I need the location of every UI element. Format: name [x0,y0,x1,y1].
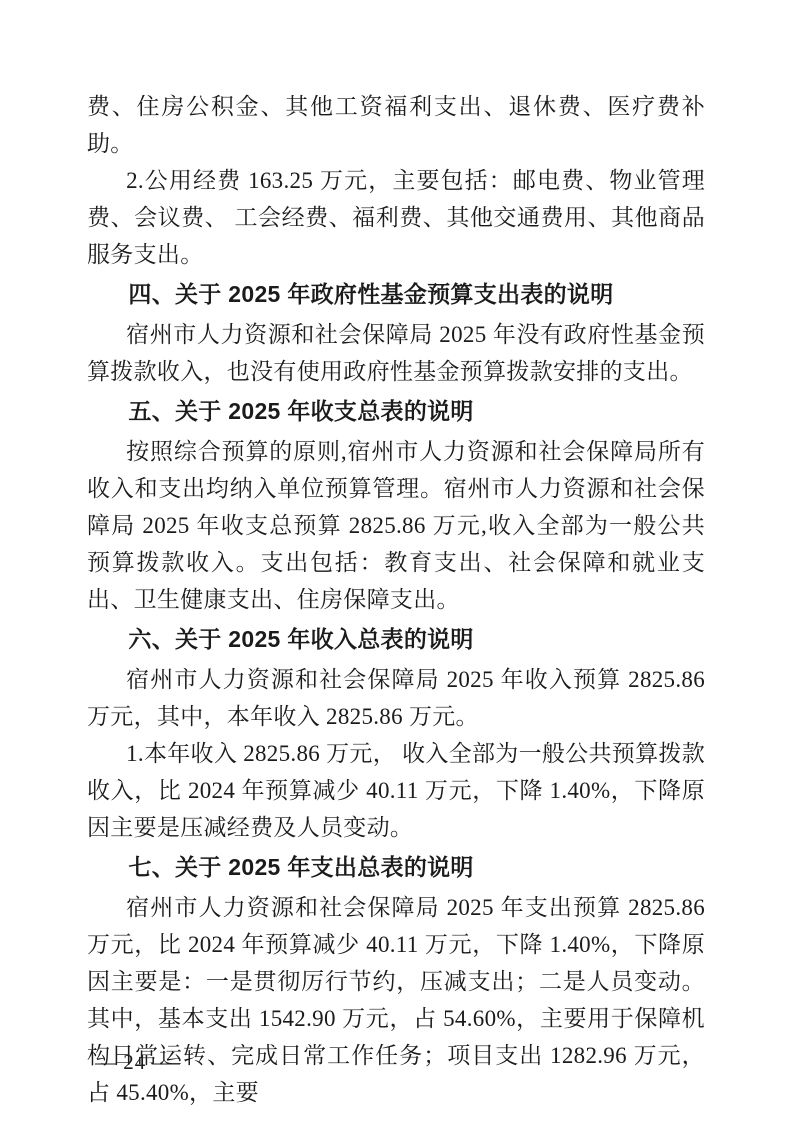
heading-section-seven-expenditure-summary: 七、关于 2025 年支出总表的说明 [87,849,705,886]
paragraph-expenditure-detail: 宿州市人力资源和社会保障局 2025 年支出预算 2825.86 万元，比 20… [87,889,705,1111]
heading-section-five-balance-summary: 五、关于 2025 年收支总表的说明 [87,393,705,430]
heading-section-four-govfund-expenditure: 四、关于 2025 年政府性基金预算支出表的说明 [87,276,705,313]
paragraph-wage-benefits-continuation: 费、住房公积金、其他工资福利支出、退休费、医疗费补助。 [87,88,705,162]
page-footer: — 24 — [95,1049,175,1075]
paragraph-public-expense: 2.公用经费 163.25 万元，主要包括：邮电费、物业管理费、会议费、 工会经… [87,162,705,273]
paragraph-balance-summary: 按照综合预算的原则,宿州市人力资源和社会保障局所有收入和支出均纳入单位预算管理。… [87,433,705,618]
paragraph-income-detail: 1.本年收入 2825.86 万元， 收入全部为一般公共预算拨款收入，比 202… [87,735,705,846]
page-number: — 24 — [95,1050,175,1074]
document-page: 费、住房公积金、其他工资福利支出、退休费、医疗费补助。 2.公用经费 163.2… [0,0,793,1122]
document-body: 费、住房公积金、其他工资福利支出、退休费、医疗费补助。 2.公用经费 163.2… [87,88,705,1111]
paragraph-govfund-none: 宿州市人力资源和社会保障局 2025 年没有政府性基金预算拨款收入，也没有使用政… [87,316,705,390]
heading-section-six-income-summary: 六、关于 2025 年收入总表的说明 [87,621,705,658]
paragraph-income-total: 宿州市人力资源和社会保障局 2025 年收入预算 2825.86 万元，其中，本… [87,661,705,735]
